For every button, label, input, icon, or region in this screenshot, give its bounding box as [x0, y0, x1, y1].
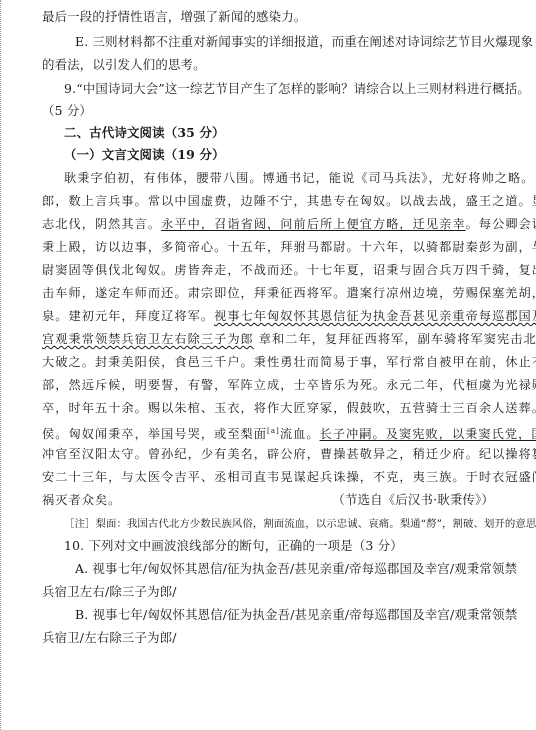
passage-text: 流血。 — [280, 427, 320, 441]
passage-line: 宫观秉常领禁兵宿卫左右除三子为郎 章和二年，复拜征西将军，副车骑将军窦宪击北匈奴… — [42, 331, 536, 347]
subsection-title: （一）文言文阅读（19 分） — [64, 147, 225, 163]
passage-text: 志北伐，阴然其言。 — [42, 217, 161, 231]
q10-option-a-cont: 兵宿卫左右/除三子为郎/ — [42, 584, 177, 600]
question-9-score: （5 分） — [42, 103, 92, 119]
q10-option-a: A. 视事七年/匈奴怀其恩信/征为执金吾/甚见亲重/帝每巡郡国及幸宫/观秉常领禁 — [75, 561, 517, 577]
passage-line: 郎，数上言兵事。常以中国虚费，边陲不宁，其患专在匈奴。以战去战，盛王之道。显宗既… — [42, 193, 536, 209]
wavy-underlined-text: 宫观秉常领禁兵宿卫左右除三子为郎 — [42, 332, 254, 346]
footnote-marker: [a] — [267, 427, 280, 435]
passage-line: 冲官至汉阳太守。曾孙纪，少有美名，辟公府，曹操甚敬异之，稍迁少府。纪以操将篡汉，… — [42, 446, 536, 462]
underlined-sentence: 永平中，召诣省闼，问前后所上便宜方略，迁见亲幸 — [161, 217, 465, 231]
underlined-sentence: 长子冲嗣。及窦宪败，以秉窦氏党，国除 — [320, 427, 536, 441]
passage-line: 志北伐，阴然其言。永平中，召诣省闼，问前后所上便宜方略，迁见亲幸。每公卿会议，常… — [42, 216, 536, 232]
footnote: ［注］梨面：我国古代北方少数民族风俗，割面流血，以示忠诚、哀痛。梨通“剺”，割破… — [64, 516, 536, 532]
text-line: 最后一段的抒情性语言，增强了新闻的感染力。 — [42, 9, 306, 25]
passage-line: 部，然远斥候，明要誓，有警，军阵立成，士卒皆乐为死。永元二年，代桓虞为光禄勋。明… — [42, 377, 536, 393]
passage-text: 。每公卿会议，常引 — [466, 217, 536, 231]
q10-option-b: B. 视事七年/匈奴怀其恩信/征为执金吾/甚见亲重/帝每巡郡国及幸宫/观秉常领禁 — [75, 607, 517, 623]
passage-line: 耿秉字伯初，有伟体，腰带八围。博通书记，能说《司马兵法》，尤好将帅之略。以父任为 — [64, 170, 536, 186]
passage-line: 秉上殿，访以边事，多简帝心。十五年，拜驸马都尉。十六年，以骑都尉秦彭为副，与奉车… — [42, 239, 536, 255]
passage-text: 章和二年，复拜征西将军，副车骑将军窦宪击北匈奴， — [254, 332, 536, 346]
passage-text: 泉。建初元年，拜度辽将军。 — [42, 309, 214, 323]
passage-line: 大破之。封秉美阳侯，食邑三千户。秉性勇壮而简易于事，军行常自被甲在前，休止不结营 — [42, 354, 536, 370]
option-e-line2: 的看法，以引发人们的思考。 — [42, 57, 206, 73]
passage-text: 侯。匈奴闻秉卒，举国号哭，或至梨面 — [42, 427, 267, 441]
question-10-stem: 10. 下列对文中画波浪线部分的断句，正确的一项是（3 分） — [64, 538, 403, 554]
section-title: 二、古代诗文阅读（35 分） — [64, 125, 225, 141]
passage-line: 击车师，遂定车师而还。肃宗即位，拜秉征西将军。遣案行凉州边境，劳赐保塞羌胡，进屯… — [42, 285, 536, 301]
question-9: 9.“中国诗词大会”这一综艺节目产生了怎样的影响？请综合以上三则材料进行概括。 — [64, 81, 530, 97]
q10-option-b-cont: 兵宿卫/左右除三子为郎/ — [42, 630, 177, 646]
scan-left-edge — [0, 0, 4, 730]
passage-line: 卒，时年五十余。赐以朱棺、玉衣，将作大匠穿冢，假鼓吹，五营骑士三百余人送葬。谥曰… — [42, 400, 536, 416]
passage-source: （节选自《后汉书·耿秉传》） — [332, 492, 494, 508]
wavy-underlined-text: 视事七年匈奴怀其恩信征为执金吾甚见亲重帝每巡郡国及幸 — [214, 309, 536, 323]
passage-line: 尉窦固等俱伐北匈奴。虏皆奔走，不战而还。十七年夏，诏秉与固合兵万四千骑，复出白山 — [42, 262, 536, 278]
passage-line: 祸灭者众矣。 — [42, 492, 121, 508]
option-e-line1: E. 三则材料都不注重对新闻事实的详细报道，而重在阐述对诗词综艺节目火爆现象 — [75, 34, 533, 50]
passage-line: 侯。匈奴闻秉卒，举国号哭，或至梨面[a]流血。长子冲嗣。及窦宪败，以秉窦氏党，国… — [42, 423, 536, 442]
passage-line: 泉。建初元年，拜度辽将军。视事七年匈奴怀其恩信征为执金吾甚见亲重帝每巡郡国及幸 — [42, 308, 536, 324]
passage-line: 安二十三年，与太医令吉平、丞相司直韦晃谋起兵诛操，不克，夷三族。于时衣冠盛门坐纪… — [42, 469, 536, 485]
